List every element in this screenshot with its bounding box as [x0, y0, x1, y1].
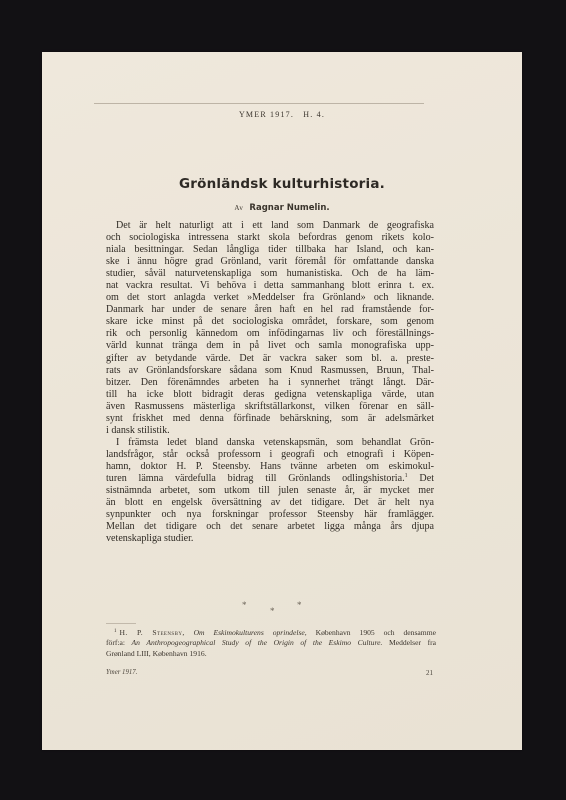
footnote-text: København 1905 och densamme: [316, 628, 436, 637]
article-title: Grönländsk kulturhistoria.: [42, 176, 522, 192]
footnote-title: Om Eskimokulturens oprindelse,: [194, 628, 307, 637]
body-line: Danmark har under de senare åren haft en…: [106, 304, 434, 316]
body-line: sistnämnda arbetet, som utkom till julen…: [106, 485, 434, 497]
journal-name: YMER 1917.: [239, 110, 294, 119]
body-line-with-footnote: turen lämna värdefulla bidrag till Grönl…: [106, 473, 434, 485]
body-line: Mellan det tidigare och det senare arbet…: [106, 521, 434, 533]
footnote-line: förf:a: An Anthropogeographical Study of…: [106, 638, 436, 648]
body-line: nat vackra resultat. Vi behöva i detta s…: [106, 280, 434, 292]
issue-number: H. 4.: [303, 110, 325, 119]
author-name: Ragnar Numelin.: [249, 203, 329, 213]
running-head: YMER 1917. H. 4.: [42, 110, 522, 119]
body-line: bitzer. Den förenämndes arbeten ha i syn…: [106, 377, 434, 389]
body-line-text: Det: [419, 473, 434, 484]
body-line: rik och personlig kännedom om infödingar…: [106, 328, 434, 340]
footnote-marker: 1: [114, 629, 117, 634]
body-line: hamn, doktor H. P. Steensby. Hans tvänne…: [106, 461, 434, 473]
footnote-line: 1H. P. Steensby, Om Eskimokulturens opri…: [106, 627, 436, 638]
body-line: rats av Grönlandsforskare sådana som Knu…: [106, 365, 434, 377]
body-line: synt friskhet med denna förfinade behärs…: [106, 413, 434, 425]
body-line: landsfrågor, står också professorn i geo…: [106, 449, 434, 461]
asterisk: *: [297, 600, 302, 610]
footnote-text: Meddelser fra: [389, 638, 436, 647]
body-line: studier, såväl naturvetenskapliga som hu…: [106, 268, 434, 280]
footnote-text: förf:a:: [106, 638, 125, 647]
body-line: och sociologiska intressena starkt skola…: [106, 232, 434, 244]
article-body: Det är helt naturligt att i ett land som…: [106, 220, 434, 545]
asterisk: *: [242, 600, 247, 610]
body-line: värld kunnat tränga dem in på livet och …: [106, 340, 434, 352]
footnote-title: An Anthropogeographical Study of the Ori…: [132, 638, 383, 647]
body-line: i dansk stilistik.: [106, 425, 434, 437]
body-line: till ha icke blott bidragit deras gedign…: [106, 389, 434, 401]
byline-prefix: Av: [234, 204, 243, 212]
footnote-reference[interactable]: 1: [405, 473, 408, 479]
body-line: Det är helt naturligt att i ett land som…: [106, 220, 434, 232]
body-line: gifter av betydande värde. Det är vackra…: [106, 353, 434, 365]
body-line: I främsta ledet bland danska vetenskapsm…: [106, 437, 434, 449]
body-line: skare icke minst på det sociologiska omr…: [106, 316, 434, 328]
body-line: synpunkter och nya forskningar professor…: [106, 509, 434, 521]
asterisk: *: [270, 606, 275, 616]
page-number: 21: [426, 669, 433, 677]
body-line: även Rasmussens mästerliga skriftställar…: [106, 401, 434, 413]
body-line: om det stort anlagda verket »Meddelser f…: [106, 292, 434, 304]
journal-page: YMER 1917. H. 4. Grönländsk kulturhistor…: [42, 52, 522, 750]
footnote-rule: [106, 623, 136, 624]
journal-signature: Ymer 1917.: [106, 669, 137, 676]
body-line-text: turen lämna värdefulla bidrag till Grönl…: [106, 473, 405, 484]
footnote-line: Grønland LIII, København 1916.: [106, 649, 436, 659]
footnote-author: H. P. Steensby,: [120, 628, 185, 637]
body-line: än blott en engelsk översättning av det …: [106, 497, 434, 509]
header-rule: [94, 103, 424, 104]
footnote: 1H. P. Steensby, Om Eskimokulturens opri…: [106, 627, 436, 659]
body-line: vetenskapliga studier.: [106, 533, 434, 545]
body-line: ske i ännu högre grad Grönland, varit fö…: [106, 256, 434, 268]
body-line: niala besittningar. Sedan långliga tider…: [106, 244, 434, 256]
byline: Av Ragnar Numelin.: [42, 203, 522, 213]
